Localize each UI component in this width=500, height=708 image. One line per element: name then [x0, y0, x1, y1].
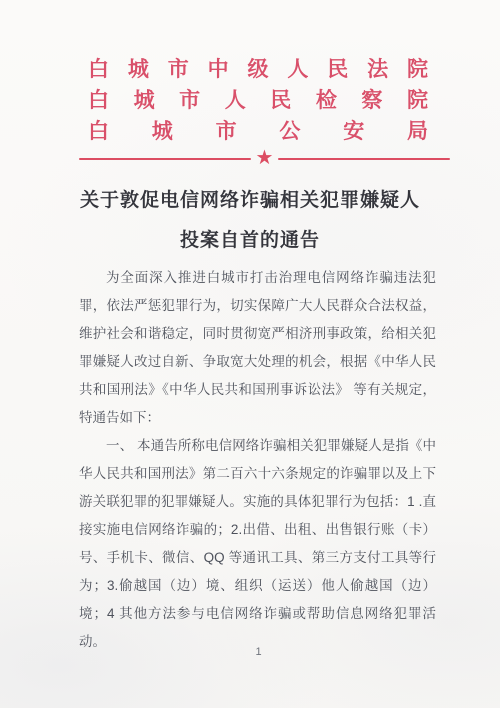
letterhead-org-line-1: 白城市中级人民法院 [88, 54, 428, 85]
divider-rule-left [79, 158, 251, 160]
notice-body: 为全面深入推进白城市打击治理电信网络诈骗违法犯罪，依法严惩犯罪行为，切实保障广大… [79, 264, 436, 656]
letterhead: 白城市中级人民法院 白城市人民检察院 白城市公安局 [88, 54, 428, 147]
scanned-notice-page: 白城市中级人民法院 白城市人民检察院 白城市公安局 ★ 关于敦促电信网络诈骗相关… [0, 0, 500, 708]
letterhead-divider: ★ [79, 148, 450, 169]
divider-rule-right [278, 158, 450, 160]
notice-title: 关于敦促电信网络诈骗相关犯罪嫌疑人 投案自首的通告 [0, 181, 500, 261]
letterhead-org-line-2: 白城市人民检察院 [88, 85, 428, 116]
body-paragraph-2: 一、 本通告所称电信网络诈骗相关犯罪嫌疑人是指《中华人民共和国刑法》第二百六十六… [79, 432, 436, 656]
notice-title-line-1: 关于敦促电信网络诈骗相关犯罪嫌疑人 [0, 181, 500, 221]
star-icon: ★ [256, 148, 274, 168]
body-paragraph-1: 为全面深入推进白城市打击治理电信网络诈骗违法犯罪，依法严惩犯罪行为，切实保障广大… [79, 264, 436, 432]
notice-title-line-2: 投案自首的通告 [0, 221, 500, 261]
letterhead-org-line-3: 白城市公安局 [88, 116, 428, 147]
page-number: 1 [0, 646, 500, 658]
